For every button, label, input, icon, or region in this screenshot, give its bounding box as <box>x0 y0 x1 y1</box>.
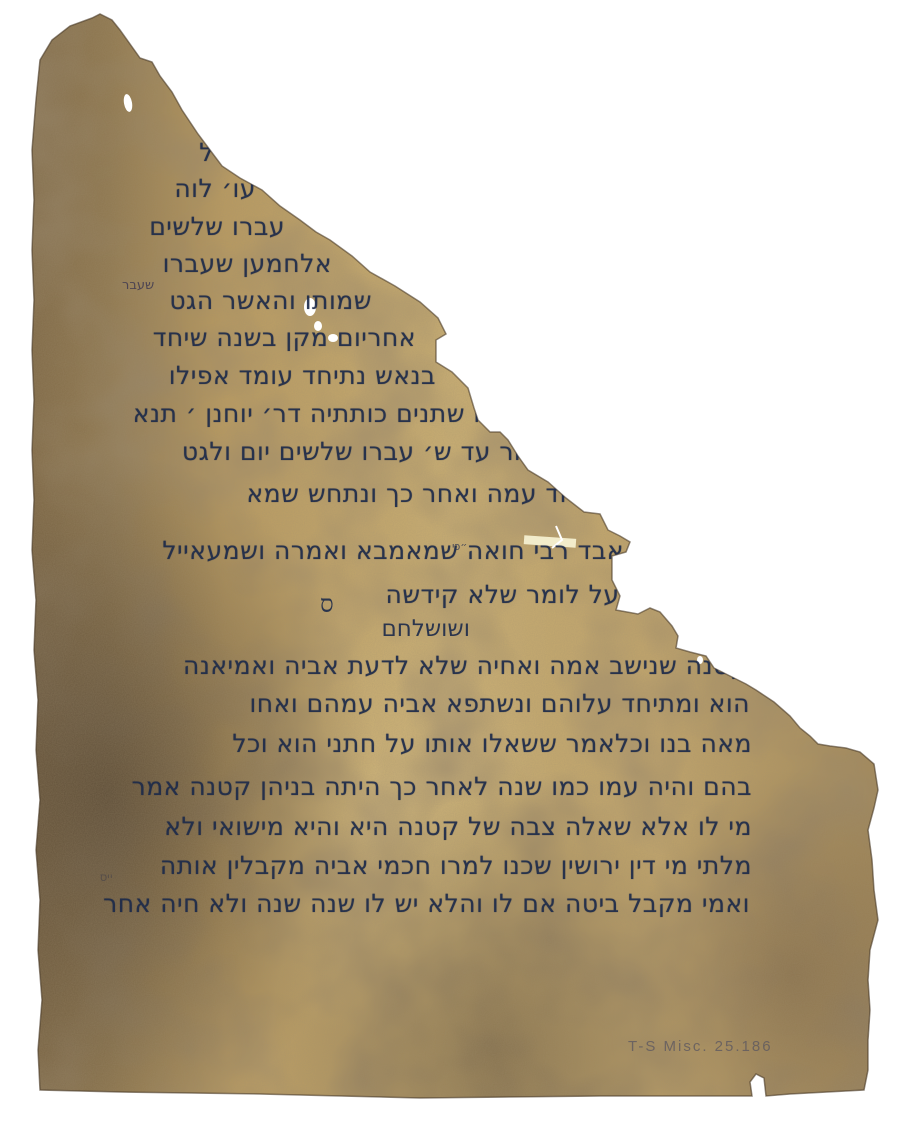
text-line: מי לו אלא שאלה צבה של קטנה היא והיא מישו… <box>164 812 752 841</box>
text-line: מאה בנו וכלאמר ששאלו אותו על חתני הוא וכ… <box>232 729 752 758</box>
text-line: שמותו והאשר הגט <box>169 286 372 315</box>
text-line: נעל לומר שלא קידשה <box>386 580 630 609</box>
shelfmark-label: T-S Misc. 25.186 <box>628 1038 773 1055</box>
text-line: אחריום מקן בשנה שיחד <box>153 323 416 352</box>
manuscript-viewer: ל עו׳ לוה עברו שלשים אלחמען שעברו שמותו … <box>0 0 900 1133</box>
text-line: בהם והיה עמו כמו שנה לאחר כך היתה בניהן … <box>132 772 752 801</box>
folio-number: ייס <box>100 872 113 884</box>
text-line: הוא ומתיחד עלוהם ונשתפא אביה עמהם ואחו <box>249 689 750 718</box>
margin-note: שעבר <box>122 278 154 293</box>
text-line: עבשו שתנים כותתיה דר׳ יוחנן ׳ תנא <box>133 399 530 428</box>
text-line: אלחמען שעברו <box>163 249 332 278</box>
text-line: קטנה שנישב אמה ואחיה שלא לדעת אביה ואמיא… <box>183 651 748 680</box>
text-line: עברו שלשים <box>149 212 285 241</box>
text-line: ואמי מקבל ביטה אם לו והלא יש לו שנה שנה … <box>103 889 750 918</box>
text-line: אבד רבי חואה שמאמבא ואמרה ושמעאייל <box>162 536 624 565</box>
text-line: בנאש נתיחד עומד אפילו <box>169 361 436 390</box>
text-line: מלתי מי דין ירושין שכנו למרו חכמי אביה מ… <box>160 851 752 880</box>
section-heading: ושושלחם <box>382 616 471 642</box>
paragraph-marker: ס <box>320 590 334 619</box>
superlinear-note: ״כי <box>452 540 467 553</box>
